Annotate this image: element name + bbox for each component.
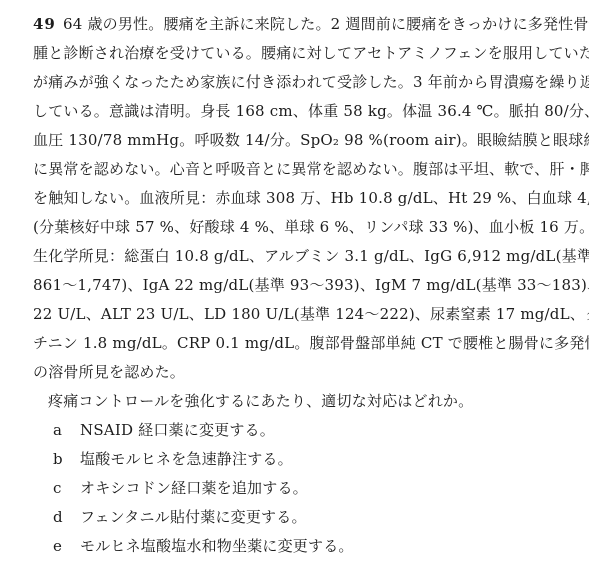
option-a: a NSAID 経口薬に変更する。 (53, 416, 581, 445)
option-text: 塩酸モルヒネを急速静注する。 (80, 445, 293, 474)
question-block: 49 64 歳の男性。腰痛を主訴に来院した。2 週間前に腰痛をきっかけに多発性骨… (33, 10, 581, 561)
option-d: d フェンタニル貼付薬に変更する。 (53, 503, 581, 532)
option-c: c オキシコドン経口薬を追加する。 (53, 474, 581, 503)
option-e: e モルヒネ塩酸塩水和物坐薬に変更する。 (53, 532, 581, 561)
body-line: 腫と診断され治療を受けている。腰痛に対してアセトアミノフェンを服用していた (33, 39, 581, 68)
body-line: に異常を認めない。心音と呼吸音とに異常を認めない。腹部は平坦、軟で、肝・脾 (33, 155, 581, 184)
body-line: を触知しない。血液所見：赤血球 308 万、Hb 10.8 g/dL、Ht 29… (33, 184, 581, 213)
option-text: オキシコドン経口薬を追加する。 (80, 474, 308, 503)
body-line: している。意識は清明。身長 168 cm、体重 58 kg。体温 36.4 ℃。… (33, 97, 581, 126)
option-letter: b (53, 445, 80, 474)
body-line: 64 歳の男性。腰痛を主訴に来院した。2 週間前に腰痛をきっかけに多発性骨髄 (63, 10, 589, 39)
option-letter: e (53, 532, 80, 561)
option-text: フェンタニル貼付薬に変更する。 (80, 503, 307, 532)
option-letter: d (53, 503, 80, 532)
body-line: (分葉核好中球 57 %、好酸球 4 %、単球 6 %、リンパ球 33 %)、血… (33, 213, 581, 242)
option-text: モルヒネ塩酸塩水和物坐薬に変更する。 (80, 532, 354, 561)
option-letter: c (53, 474, 80, 503)
option-letter: a (53, 416, 80, 445)
body-line: 22 U/L、ALT 23 U/L、LD 180 U/L(基準 124～222)… (33, 300, 581, 329)
question-stem: 疼痛コントロールを強化するにあたり、適切な対応はどれか。 (48, 387, 581, 416)
option-b: b 塩酸モルヒネを急速静注する。 (53, 445, 581, 474)
body-line: チニン 1.8 mg/dL。CRP 0.1 mg/dL。腹部骨盤部単純 CT で… (33, 329, 581, 358)
body-line: の溶骨所見を認めた。 (33, 358, 581, 387)
question-number: 49 (33, 10, 63, 39)
option-text: NSAID 経口薬に変更する。 (80, 416, 275, 445)
body-line: 861～1,747)、IgA 22 mg/dL(基準 93～393)、IgM 7… (33, 271, 581, 300)
body-line: 生化学所見：総蛋白 10.8 g/dL、アルブミン 3.1 g/dL、IgG 6… (33, 242, 581, 271)
question-first-line: 49 64 歳の男性。腰痛を主訴に来院した。2 週間前に腰痛をきっかけに多発性骨… (33, 10, 581, 39)
exam-page: 49 64 歳の男性。腰痛を主訴に来院した。2 週間前に腰痛をきっかけに多発性骨… (0, 0, 589, 561)
body-line: 血圧 130/78 mmHg。呼吸数 14/分。SpO₂ 98 %(room a… (33, 126, 581, 155)
body-line: が痛みが強くなったため家族に付き添われて受診した。3 年前から胃潰瘍を繰り返 (33, 68, 581, 97)
